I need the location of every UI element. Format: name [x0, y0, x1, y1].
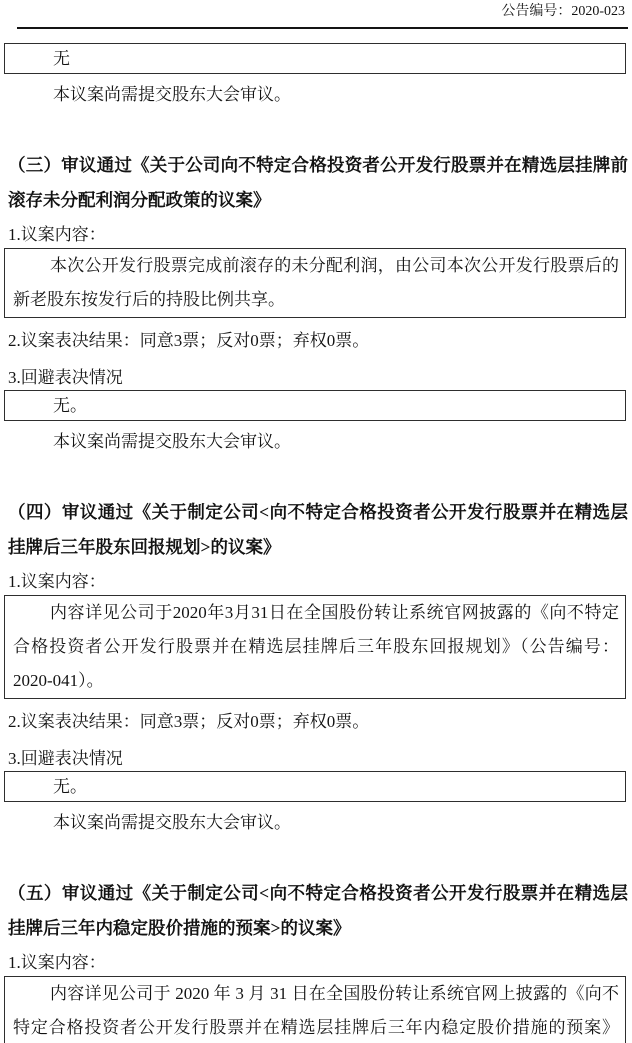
heading-line: （四）审议通过《关于制定公司<向不特定合格投资者公开发行股票并在精选层: [8, 495, 628, 530]
heading-line: （五）审议通过《关于制定公司<向不特定合格投资者公开发行股票并在精选层: [8, 876, 628, 911]
content-box-3: 本次公开发行股票完成前滚存的未分配利润，由公司本次公开发行股票后的 新老股东按发…: [4, 248, 626, 318]
announcement-number: 公告编号：2020-023: [0, 0, 632, 21]
box-line: 合格投资者公开发行股票并在精选层挂牌后三年股东回报规划》（公告编号：: [5, 630, 625, 664]
recusal-box-3: 无。: [4, 390, 626, 421]
followup-text: 本议案尚需提交股东大会审议。: [0, 84, 632, 106]
section-heading-3: （三）审议通过《关于公司向不特定合格投资者公开发行股票并在精选层挂牌前 滚存未分…: [0, 148, 632, 218]
recusal-box-top: 无: [4, 43, 626, 74]
box-line: 本次公开发行股票完成前滚存的未分配利润，由公司本次公开发行股票后的: [5, 249, 625, 283]
heading-line: 挂牌后三年内稳定股价措施的预案>的议案》: [8, 911, 628, 946]
vote-result: 2.议案表决结果：同意3票；反对0票；弃权0票。: [0, 330, 632, 352]
box-line: 内容详见公司于 2020 年 3 月 31 日在全国股份转让系统官网上披露的《向…: [5, 977, 625, 1011]
box-line: 特定合格投资者公开发行股票并在精选层挂牌后三年内稳定股价措施的预案》: [5, 1011, 625, 1043]
box-line: 内容详见公司于2020年3月31日在全国股份转让系统官网披露的《向不特定: [5, 596, 625, 630]
recusal-box-4: 无。: [4, 771, 626, 802]
followup-text: 本议案尚需提交股东大会审议。: [0, 431, 632, 453]
box-line: 2020-041）。: [5, 664, 625, 698]
item3-label: 3.回避表决情况: [0, 367, 632, 389]
recusal-text: 无。: [5, 391, 625, 420]
section-heading-5: （五）审议通过《关于制定公司<向不特定合格投资者公开发行股票并在精选层 挂牌后三…: [0, 876, 632, 946]
vote-result: 2.议案表决结果：同意3票；反对0票；弃权0票。: [0, 711, 632, 733]
section-heading-4: （四）审议通过《关于制定公司<向不特定合格投资者公开发行股票并在精选层 挂牌后三…: [0, 495, 632, 565]
item3-label: 3.回避表决情况: [0, 748, 632, 770]
heading-line: （三）审议通过《关于公司向不特定合格投资者公开发行股票并在精选层挂牌前: [8, 148, 628, 183]
recusal-text: 无。: [5, 772, 625, 801]
content-box-4: 内容详见公司于2020年3月31日在全国股份转让系统官网披露的《向不特定 合格投…: [4, 595, 626, 699]
heading-line: 滚存未分配利润分配政策的议案》: [8, 183, 628, 218]
recusal-text: 无: [5, 44, 625, 73]
content-box-5: 内容详见公司于 2020 年 3 月 31 日在全国股份转让系统官网上披露的《向…: [4, 976, 626, 1043]
item1-label: 1.议案内容：: [0, 952, 632, 974]
heading-line: 挂牌后三年股东回报规划>的议案》: [8, 530, 628, 565]
header-rule: [17, 27, 628, 29]
followup-text: 本议案尚需提交股东大会审议。: [0, 812, 632, 834]
box-line: 新老股东按发行后的持股比例共享。: [5, 283, 625, 317]
announcement-page: 公告编号：2020-023 无 本议案尚需提交股东大会审议。 （三）审议通过《关…: [0, 0, 632, 1043]
item1-label: 1.议案内容：: [0, 224, 632, 246]
item1-label: 1.议案内容：: [0, 571, 632, 593]
